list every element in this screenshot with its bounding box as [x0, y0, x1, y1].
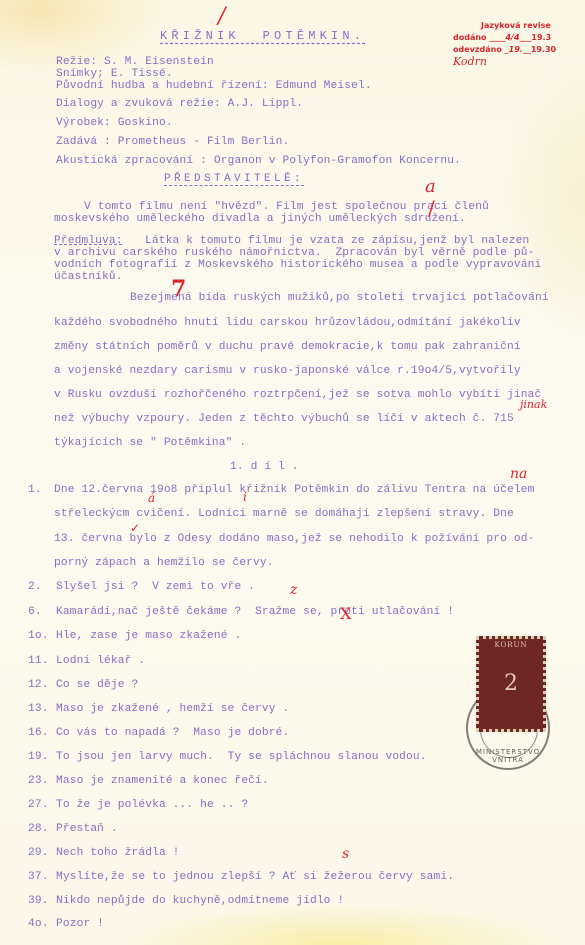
cast-heading: PŘEDSTAVITELÉ: [164, 173, 304, 185]
title-text: Co vás to napadá ? Maso je dobré. [56, 727, 289, 739]
intro-line: každého svobodného hnutí lidu carskou hr… [54, 317, 521, 329]
credit-production: Výrobek: Goskino. [56, 117, 173, 129]
preface-line: v archivu carského ruského námořnictva. … [54, 247, 534, 259]
title-number: 39. [28, 895, 49, 907]
part-heading: 1. d í l . [230, 461, 299, 473]
preface-line: vodních fotografií z Moskevského histori… [54, 259, 541, 271]
title-number: 11. [28, 655, 49, 667]
title-number: 28. [28, 823, 49, 835]
correction-s: s [342, 846, 349, 862]
correction-mark: / [218, 4, 225, 29]
revision-stamp: Jazyková revise dodáno ____4/4___19.3 od… [453, 20, 583, 69]
correction-accent-a: á [148, 491, 155, 505]
title-text: Maso je znamenité a konec řečí. [56, 775, 269, 787]
title-text: Co se děje ? [56, 679, 138, 691]
preface-line: Látka k tomuto filmu je vzata ze zápisu,… [145, 235, 529, 247]
revenue-stamp-value: 2 [479, 671, 543, 696]
intro-line: týkajících se " Potěmkina" . [54, 437, 246, 449]
title-text: Hle, zase je maso zkažené . [56, 630, 241, 642]
title-number: 4o. [28, 918, 49, 930]
title-number: 16. [28, 727, 49, 739]
revision-stamp-title: Jazyková revise [453, 20, 583, 32]
document-title: KŘIŽNIK POTĚMKIN. [160, 30, 365, 42]
title-number: 23. [28, 775, 49, 787]
title-number: 29. [28, 847, 49, 859]
correction-z: z [290, 582, 297, 598]
returned-year: 19.30 [531, 45, 556, 54]
reviser-signature: Kodrn [453, 55, 487, 68]
received-value: 4/4 [505, 33, 519, 42]
intro-line: v Rusku ovzduší rozhořčeného roztrpčení,… [54, 389, 541, 401]
title-number: 2. [28, 581, 42, 593]
returned-label: odevzdáno [453, 45, 502, 54]
title-number: 12. [28, 679, 49, 691]
title-text: Lodní lékař . [56, 655, 145, 667]
intro-line: Bezejmená bída ruských mužiků,po století… [130, 292, 549, 304]
title-text: Myslíte,že se to jednou zlepší ? Ať si ž… [56, 871, 454, 883]
intro-line: než výbuchy vzpoury. Jeden z těchto výbu… [54, 413, 514, 425]
title-text: To že je polévka ... he .. ? [56, 799, 248, 811]
scene-line: 13. června bylo z Odesy dodáno maso,jež … [54, 533, 534, 545]
revenue-stamp: KORUN 2 [476, 636, 546, 732]
title-number: 1. [28, 484, 42, 496]
title-text: Nech toho žrádla ! [56, 847, 180, 859]
correction-i: i [243, 490, 247, 504]
title-text: Pozor ! [56, 918, 104, 930]
scene-line: porný zápach a hemžilo se červy. [54, 557, 274, 569]
title-text: Přestaň . [56, 823, 118, 835]
credit-sound: Akustická zpracování : Organon v Polyfon… [56, 155, 461, 167]
preface-line: účastníků. [54, 271, 123, 283]
title-text: Slyšel jsi ? V zemi to vře . [56, 581, 255, 593]
credit-director: Režie: S. M. Eisenstein [56, 56, 214, 68]
title-number: 27. [28, 799, 49, 811]
revenue-stamp-label: KORUN [479, 641, 543, 649]
scene-line: Dne 12.června 19o8 připlul křižník Potěm… [54, 484, 534, 496]
intro-line: a vojenské nezdary carismu v rusko-japon… [54, 365, 521, 377]
credit-camera: Snímky; E. Tissé. [56, 68, 173, 80]
correction-x: X [340, 604, 351, 623]
revision-stamp-returned: odevzdáno _19.__19.30 Kodrn [453, 44, 583, 69]
received-year: 19.3 [531, 33, 551, 42]
intro-line: změny státních poměrů v duchu pravé demo… [54, 341, 521, 353]
seal-text: MINISTERSTVO VNITRA [468, 748, 548, 764]
received-label: dodáno [453, 33, 487, 42]
title-text: To jsou jen larvy much. Ty se spláchnou … [56, 751, 427, 763]
credit-dialogue: Dialogy a zvuková režie: A.J. Lippl. [56, 98, 303, 110]
correction-mark: / [428, 196, 435, 220]
title-number: 13. [28, 703, 49, 715]
title-number: 1o. [28, 630, 49, 642]
returned-value: 19. [509, 45, 523, 54]
title-text: Nikdo nepůjde do kuchyně,odmítneme jídlo… [56, 895, 344, 907]
correction-jinak: jinak [520, 398, 547, 411]
title-text: Kamarádi,nač ještě čekáme ? Sražme se, p… [56, 606, 454, 618]
preface-label: Předmluva: [54, 235, 123, 247]
title-number: 6. [28, 606, 42, 618]
correction-na: na [510, 466, 527, 482]
title-text: Maso je zkažené , hemží se červy . [56, 703, 289, 715]
scene-line: střeleckýcm cvičení. Lodníci marně se do… [54, 508, 514, 520]
credit-music: Původní hudba a hudební řízení: Edmund M… [56, 80, 372, 92]
cast-note-line: moskevského uměleckého divadla a jiných … [54, 213, 466, 225]
revision-stamp-received: dodáno ____4/4___19.3 [453, 32, 583, 44]
credit-distributor: Zadává : Prometheus - Film Berlin. [56, 136, 289, 148]
correction-a: a [425, 176, 436, 197]
title-number: 19. [28, 751, 49, 763]
title-number: 37. [28, 871, 49, 883]
